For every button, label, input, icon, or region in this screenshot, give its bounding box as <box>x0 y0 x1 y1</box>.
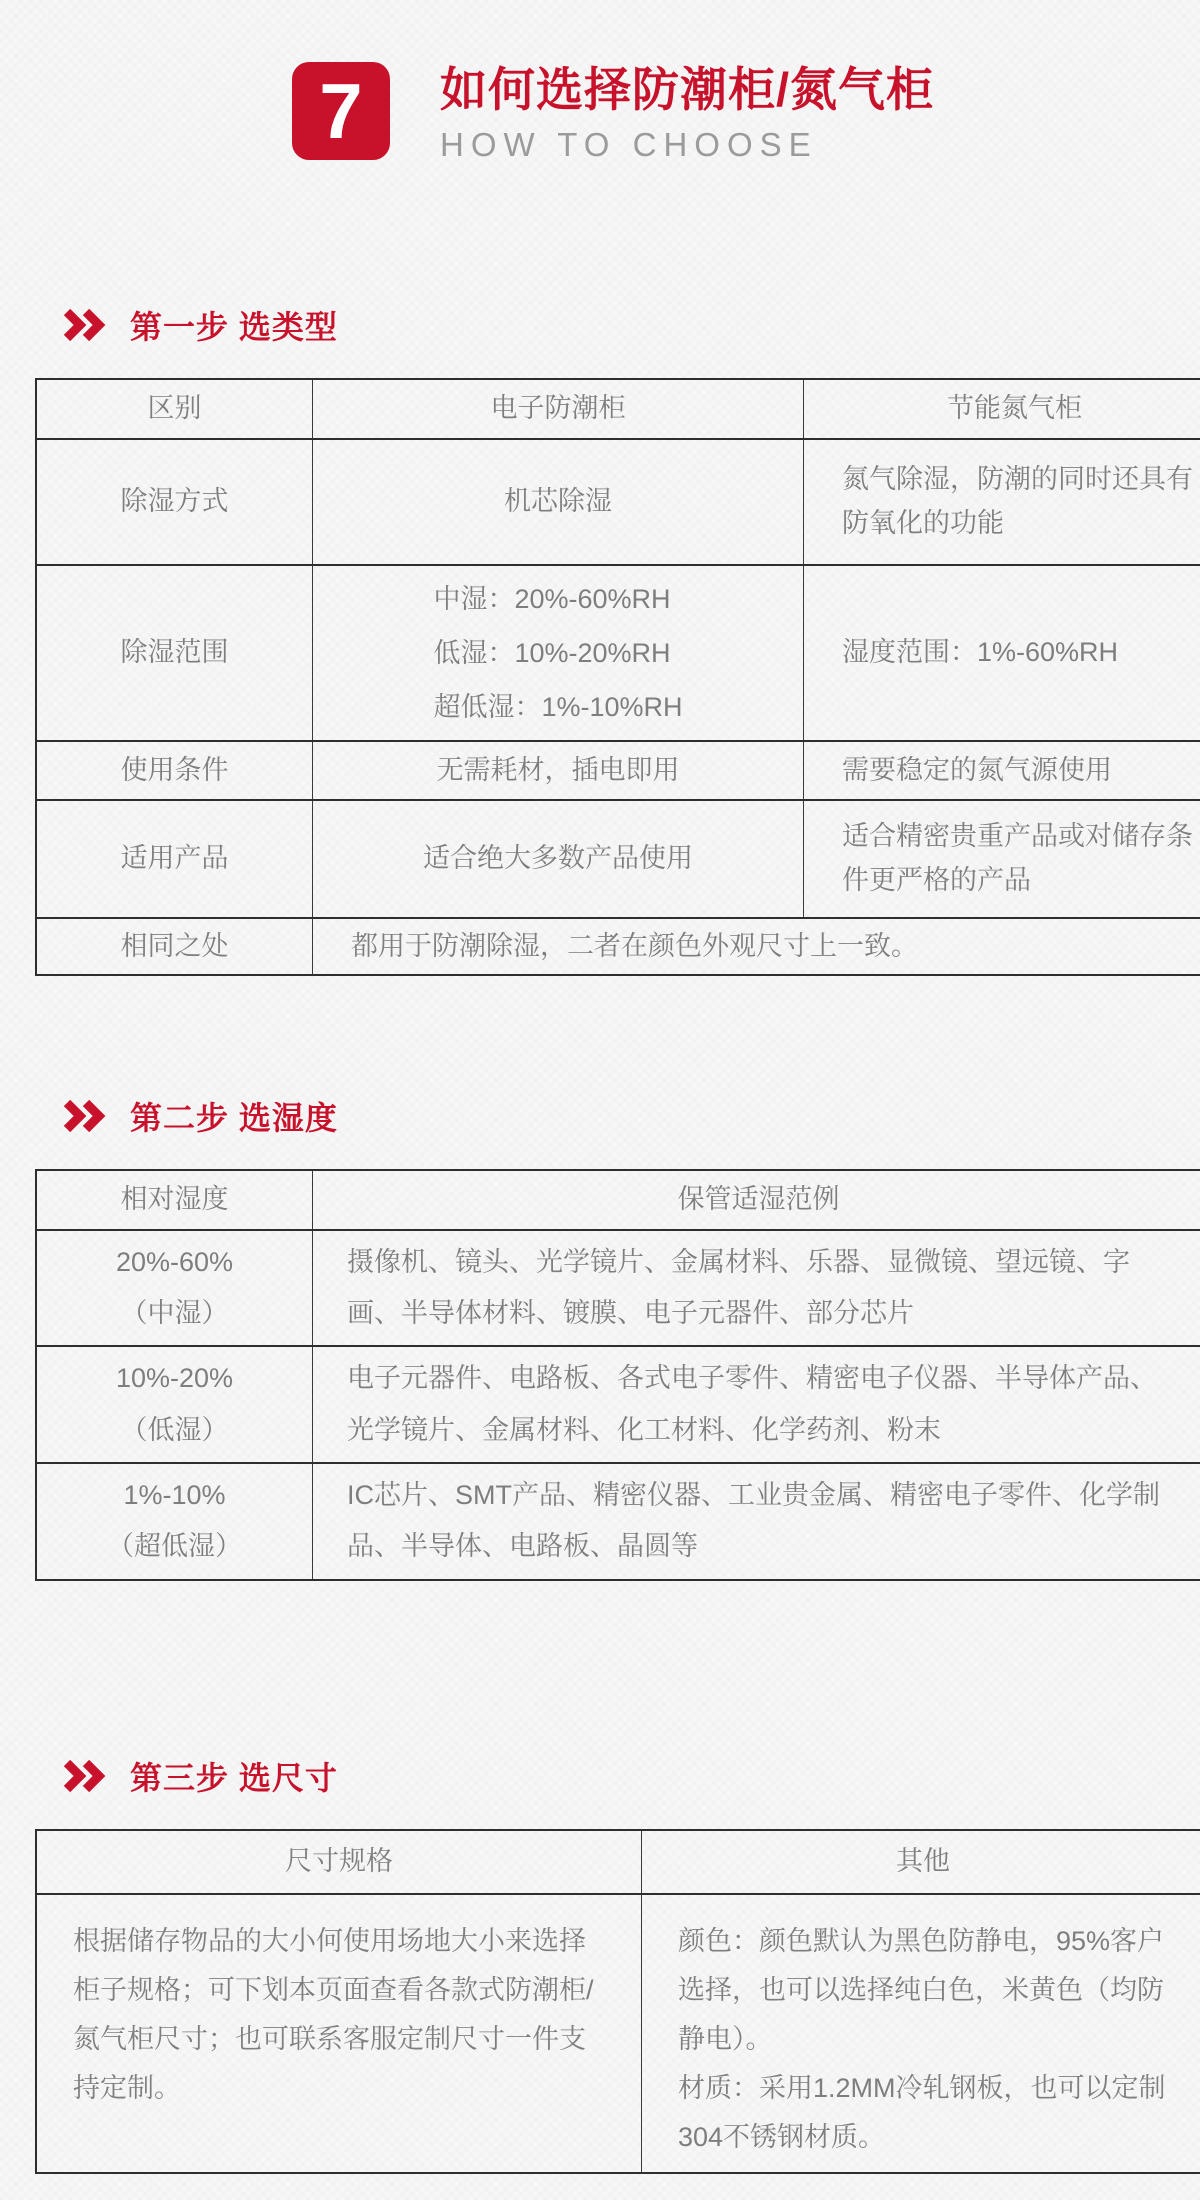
column-header: 其他 <box>642 1830 1200 1894</box>
examples-cell: 电子元器件、电路板、各式电子零件、精密电子仪器、半导体产品、光学镜片、金属材料、… <box>313 1346 1200 1463</box>
size-spec-cell: 根据储存物品的大小何使用场地大小来选择柜子规格；可下划本页面查看各款式防潮柜/氮… <box>36 1894 642 2174</box>
row-label: 适用产品 <box>36 800 313 918</box>
section-heading-label: 第一步 选类型 <box>130 302 338 348</box>
section-heading-step3: 第三步 选尺寸 <box>64 1753 1200 1799</box>
table-row: 10%-20% （低湿） 电子元器件、电路板、各式电子零件、精密电子仪器、半导体… <box>36 1346 1200 1463</box>
humidity-line: 超低湿：1%-10%RH <box>433 680 682 734</box>
page-header: 7 如何选择防潮柜/氮气柜 HOW TO CHOOSE <box>0 0 1200 164</box>
type-comparison-table: 区别 电子防潮柜 节能氮气柜 除湿方式 机芯除湿 氮气除湿，防潮的同时还具有防氧… <box>35 378 1200 976</box>
column-header: 保管适湿范例 <box>313 1170 1200 1230</box>
range-level: （低湿） <box>47 1405 302 1456</box>
range-level: （超低湿） <box>47 1521 302 1572</box>
section-heading-label: 第三步 选尺寸 <box>130 1753 338 1799</box>
humidity-line: 中湿：20%-60%RH <box>433 572 682 626</box>
page-subtitle: HOW TO CHOOSE <box>440 126 934 164</box>
range-value: 1%-10% <box>47 1470 302 1521</box>
column-header: 相对湿度 <box>36 1170 313 1230</box>
size-table: 尺寸规格 其他 根据储存物品的大小何使用场地大小来选择柜子规格；可下划本页面查看… <box>35 1829 1200 2175</box>
header-text: 如何选择防潮柜/氮气柜 HOW TO CHOOSE <box>440 62 934 164</box>
humidity-range: 1%-10% （超低湿） <box>36 1463 313 1580</box>
humidity-range: 20%-60% （中湿） <box>36 1230 313 1347</box>
table-row: 20%-60% （中湿） 摄像机、镜头、光学镜片、金属材料、乐器、显微镜、望远镜… <box>36 1230 1200 1347</box>
column-header: 电子防潮柜 <box>313 379 804 439</box>
examples-cell: IC芯片、SMT产品、精密仪器、工业贵金属、精密电子零件、化学制品、半导体、电路… <box>313 1463 1200 1580</box>
row-label: 除湿方式 <box>36 439 313 565</box>
range-value: 20%-60% <box>47 1237 302 1288</box>
table-header-row: 尺寸规格 其他 <box>36 1830 1200 1894</box>
table-row: 相同之处 都用于防潮除湿，二者在颜色外观尺寸上一致。 <box>36 918 1200 975</box>
table-row: 根据储存物品的大小何使用场地大小来选择柜子规格；可下划本页面查看各款式防潮柜/氮… <box>36 1894 1200 2174</box>
page-title: 如何选择防潮柜/氮气柜 <box>440 64 934 117</box>
row-label: 使用条件 <box>36 741 313 800</box>
material-paragraph: 材质：采用1.2MM冷轧钢板，也可以定制304不锈钢材质。 <box>678 2064 1172 2162</box>
other-cell: 颜色：颜色默认为黑色防静电，95%客户选择，也可以选择纯白色，米黄色（均防静电）… <box>642 1894 1200 2174</box>
table-row: 除湿方式 机芯除湿 氮气除湿，防潮的同时还具有防氧化的功能 <box>36 439 1200 565</box>
table-cell: 无需耗材，插电即用 <box>313 741 804 800</box>
column-header: 尺寸规格 <box>36 1830 642 1894</box>
column-header: 节能氮气柜 <box>804 379 1200 439</box>
range-value: 10%-20% <box>47 1353 302 1404</box>
humidity-range: 10%-20% （低湿） <box>36 1346 313 1463</box>
table-cell: 湿度范围：1%-60%RH <box>804 565 1200 741</box>
table-row: 适用产品 适合绝大多数产品使用 适合精密贵重产品或对储存条件更严格的产品 <box>36 800 1200 918</box>
section-heading-step1: 第一步 选类型 <box>64 302 1200 348</box>
section-heading-step2: 第二步 选湿度 <box>64 1093 1200 1139</box>
table-cell: 氮气除湿，防潮的同时还具有防氧化的功能 <box>804 439 1200 565</box>
humidity-table: 相对湿度 保管适湿范例 20%-60% （中湿） 摄像机、镜头、光学镜片、金属材… <box>35 1169 1200 1581</box>
table-header-row: 相对湿度 保管适湿范例 <box>36 1170 1200 1230</box>
double-chevron-icon <box>64 1760 106 1792</box>
table-header-row: 区别 电子防潮柜 节能氮气柜 <box>36 379 1200 439</box>
table-cell: 适合绝大多数产品使用 <box>313 800 804 918</box>
section-heading-label: 第二步 选湿度 <box>130 1093 338 1139</box>
double-chevron-icon <box>64 309 106 341</box>
table-row: 使用条件 无需耗材，插电即用 需要稳定的氮气源使用 <box>36 741 1200 800</box>
table-row: 除湿范围 中湿：20%-60%RH 低湿：10%-20%RH 超低湿：1%-10… <box>36 565 1200 741</box>
examples-cell: 摄像机、镜头、光学镜片、金属材料、乐器、显微镜、望远镜、字画、半导体材料、镀膜、… <box>313 1230 1200 1347</box>
table-cell: 需要稳定的氮气源使用 <box>804 741 1200 800</box>
row-label: 相同之处 <box>36 918 313 975</box>
double-chevron-icon <box>64 1100 106 1132</box>
column-header: 区别 <box>36 379 313 439</box>
table-cell: 中湿：20%-60%RH 低湿：10%-20%RH 超低湿：1%-10%RH <box>313 565 804 741</box>
humidity-line: 低湿：10%-20%RH <box>433 626 682 680</box>
table-row: 1%-10% （超低湿） IC芯片、SMT产品、精密仪器、工业贵金属、精密电子零… <box>36 1463 1200 1580</box>
row-label: 除湿范围 <box>36 565 313 741</box>
range-level: （中湿） <box>47 1288 302 1339</box>
table-cell: 适合精密贵重产品或对储存条件更严格的产品 <box>804 800 1200 918</box>
table-cell: 机芯除湿 <box>313 439 804 565</box>
step-number-badge: 7 <box>292 62 390 160</box>
color-paragraph: 颜色：颜色默认为黑色防静电，95%客户选择，也可以选择纯白色，米黄色（均防静电）… <box>678 1917 1172 2064</box>
merged-cell: 都用于防潮除湿，二者在颜色外观尺寸上一致。 <box>313 918 1200 975</box>
